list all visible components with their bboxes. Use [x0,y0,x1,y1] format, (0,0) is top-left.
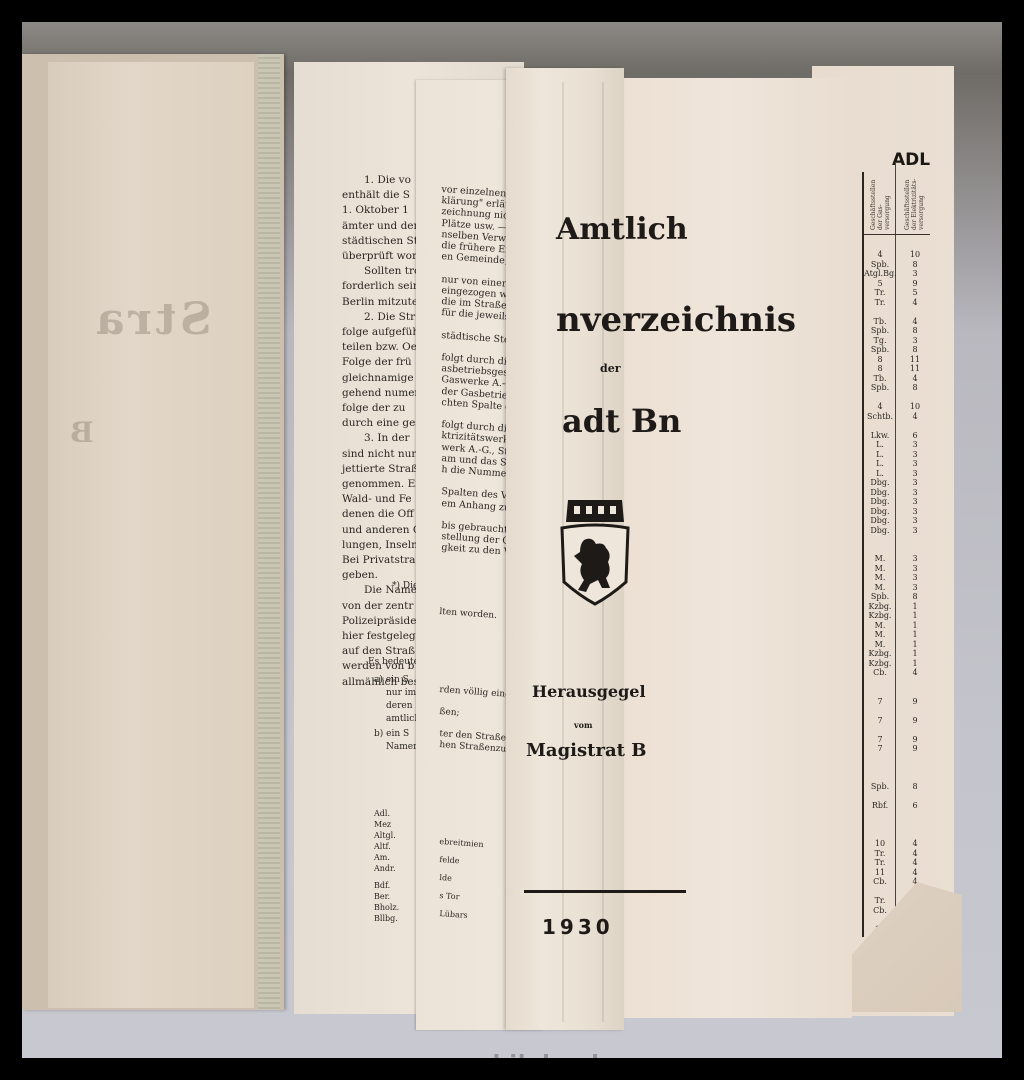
cell-electric: 4 [896,298,934,307]
table-row: Kzbg.1 [864,611,934,620]
cell-gas: M. [864,621,896,630]
cell-gas: Dbg. [864,516,896,525]
cell-gas: Cb. [864,877,896,886]
cell-gas: M. [864,564,896,573]
cell-electric: 3 [896,497,934,506]
table-row: L.3 [864,459,934,468]
watermark: www.philabooks.com [404,1052,684,1058]
cell-electric: 1 [896,602,934,611]
cell-electric: 1 [896,659,934,668]
cell-gas: 11 [864,868,896,877]
cell-gas: Spb. [864,326,896,335]
cell-electric: 11 [896,355,934,364]
cell-gas: M. [864,640,896,649]
cell-electric: 3 [896,336,934,345]
table-row: Spb.8 [864,592,934,601]
cell-gas: Kzbg. [864,611,896,620]
cell-electric: 10 [896,250,934,259]
cell-gas: 8 [864,364,896,373]
paragraph-line: enthält die S [342,187,410,204]
cell-gas: M. [864,583,896,592]
cell-electric: 1 [896,611,934,620]
cell-gas: 4 [864,402,896,411]
table-row: Spb.8 [864,260,934,269]
cell-electric: 8 [896,383,934,392]
cell-electric: 3 [896,469,934,478]
cover-endpaper [48,62,254,1008]
cell-electric: 3 [896,450,934,459]
cell-gas: Tr. [864,298,896,307]
paragraph-line: 2. Die Str [364,309,415,326]
cell-gas: L. [864,440,896,449]
title-verzeichnis: nverzeichnis [556,300,796,340]
cell-electric: 4 [896,849,934,858]
table-row: M.1 [864,630,934,639]
title-year: 1930 [542,915,614,939]
cell-gas: Spb. [864,592,896,601]
cell-gas: M. [864,573,896,582]
cell-electric: 8 [896,592,934,601]
cell-electric: 4 [896,317,934,326]
table-header: ADL [892,150,930,170]
paragraph-line: 3. In der [364,430,410,447]
cell-gas: Atgl.Bg. [864,269,896,278]
paragraph-line: 1. Die vo [364,172,411,189]
table-row: Dbg.3 [864,478,934,487]
paragraph-line: durch eine ges [342,415,421,432]
cell-gas: Dbg. [864,507,896,516]
cell-gas: L. [864,469,896,478]
cell-electric: 3 [896,573,934,582]
book-photo: Stra B 1. Die voenthält die S1. Oktober … [22,22,1002,1058]
table-row: Dbg.3 [864,507,934,516]
cell-gas: L. [864,459,896,468]
cell-electric: 1 [896,640,934,649]
insert-abbr: ebreitmien [439,834,484,854]
cell-gas: Tr. [864,858,896,867]
book-cover: Stra B [22,54,284,1010]
cell-gas: Spb. [864,345,896,354]
cell-electric: 9 [896,716,934,725]
table-row: Rbf.6 [864,801,934,810]
cell-electric: 3 [896,459,934,468]
cell-electric: 3 [896,583,934,592]
cell-electric: 9 [896,697,934,706]
cell-gas: Tr. [864,288,896,297]
cell-electric: 6 [896,431,934,440]
table-row: 410 [864,250,934,259]
table-row: Tb.4 [864,374,934,383]
cell-electric: 4 [896,868,934,877]
abbreviation: Bllbg. [374,911,398,928]
insert-line: ßen; [439,704,460,722]
cell-electric: 1 [896,630,934,639]
cell-electric: 3 [896,269,934,278]
table-row: Tr.4 [864,298,934,307]
paragraph-line: Folge der frü [342,354,412,371]
paragraph-line: Sollten tro [364,263,420,280]
cell-electric: 8 [896,782,934,791]
cover-spine [258,54,280,1010]
cell-electric: 4 [896,858,934,867]
table-row: L.3 [864,469,934,478]
paragraph-line: Wald- und Fe [342,491,412,508]
cell-gas: Rbf. [864,801,896,810]
cell-electric: 4 [896,412,934,421]
table-row: 410 [864,402,934,411]
table-row: Tr.4 [864,858,934,867]
cell-electric: 8 [896,345,934,354]
cell-gas: Spb. [864,782,896,791]
cell-gas: 7 [864,744,896,753]
cell-gas: Spb. [864,260,896,269]
cell-gas: 4 [864,250,896,259]
table-row: 79 [864,716,934,725]
cell-electric: 10 [896,402,934,411]
table-row: Kzbg.1 [864,659,934,668]
table-row: M.3 [864,583,934,592]
cell-gas: Tr. [864,849,896,858]
cell-gas: Dbg. [864,488,896,497]
table-row: 79 [864,697,934,706]
title-der: der [600,362,621,375]
legend-intro: Es bedeutet [368,654,423,671]
cell-electric: 8 [896,260,934,269]
table-row: Dbg.3 [864,516,934,525]
paragraph-line: genommen. Ei [342,476,419,493]
cell-gas: Tb. [864,317,896,326]
paragraph-line: von der zentr [342,598,413,615]
paragraph-line: teilen bzw. Oe [342,339,417,356]
table-row: 79 [864,735,934,744]
table-row: 79 [864,744,934,753]
table-row: L.3 [864,450,934,459]
cell-electric: 1 [896,621,934,630]
paragraph-line: Bei Privatstra [342,552,415,569]
table-row: Lkw.6 [864,431,934,440]
title-amtlich: Amtlich [556,212,688,247]
insert-abbr: s Tor [439,888,460,906]
insert-abbr: Lübars [439,906,468,924]
cell-electric: 1 [896,649,934,658]
table-row: Cb.4 [864,668,934,677]
paragraph-line: denen die Off [342,506,414,523]
title-herausgegeben: Herausgegel [532,682,646,701]
cell-electric: 9 [896,744,934,753]
column-header-electric: Geschäftsstellen der Elektrizitäts-verso… [904,172,925,230]
table-row: 811 [864,355,934,364]
column-header-gas: Geschäftsstellen der Gas-versorgung [870,172,891,230]
cell-gas: 7 [864,716,896,725]
insert-abbr: lde [439,870,453,887]
table-row: M.3 [864,573,934,582]
cell-gas: 5 [864,279,896,288]
table-row: Atgl.Bg.3 [864,269,934,278]
table-row: 59 [864,279,934,288]
cell-gas: Cb. [864,668,896,677]
title-magistrat: Magistrat B [526,740,646,761]
cell-electric: 9 [896,279,934,288]
paragraph-line: lungen, Inseln, [342,537,421,554]
cell-gas: Tb. [864,374,896,383]
paragraph-line: geben. [342,567,378,584]
paragraph-line: 1. Oktober 1 [342,202,409,219]
table-row: 811 [864,364,934,373]
cell-gas: Dbg. [864,526,896,535]
table-rule-header [864,234,930,235]
table-row: M.1 [864,621,934,630]
table-row: M.1 [864,640,934,649]
paragraph-line: und anderen G [342,522,421,539]
cell-gas: Dbg. [864,478,896,487]
cell-electric: 3 [896,526,934,535]
cell-electric: 9 [896,735,934,744]
cell-electric: 4 [896,839,934,848]
cell-electric: 3 [896,507,934,516]
legend-b-line: Namen [386,739,419,756]
table-row: Dbg.3 [864,526,934,535]
cell-gas: 8 [864,355,896,364]
title-rule [524,890,686,893]
table-row: M.3 [864,564,934,573]
paragraph-line: jettierte Straße [342,461,424,478]
cell-gas: Kzbg. [864,602,896,611]
title-vom: vom [574,720,592,730]
paragraph-line: ämter und der [342,218,419,235]
cell-gas: Spb. [864,383,896,392]
cell-gas: Lkw. [864,431,896,440]
table-row: Dbg.3 [864,497,934,506]
cell-electric: 3 [896,554,934,563]
table-row: Spb.8 [864,345,934,354]
table-row: Spb.8 [864,383,934,392]
paragraph-line: folge der zu [342,400,405,417]
cell-electric: 3 [896,488,934,497]
cell-electric: 3 [896,440,934,449]
cell-gas: 7 [864,735,896,744]
cell-gas: L. [864,450,896,459]
cell-gas: M. [864,630,896,639]
cell-electric: 3 [896,516,934,525]
cell-electric: 5 [896,288,934,297]
cell-electric: 3 [896,564,934,573]
table-row: Tr.5 [864,288,934,297]
cover-ghost-letter: B [70,416,94,449]
table-row: L.3 [864,440,934,449]
insert-abbr: felde [439,852,460,870]
table-row: 104 [864,839,934,848]
table-row: Kzbg.1 [864,649,934,658]
table-row: Tr.4 [864,849,934,858]
cell-electric: 4 [896,374,934,383]
table-row: Tb.4 [864,317,934,326]
cell-gas: Tr. [864,896,896,905]
table-row: Dbg.3 [864,488,934,497]
cell-gas: Schtb. [864,412,896,421]
paragraph-line: folge aufgeführ [342,324,424,341]
cell-gas: Kzbg. [864,649,896,658]
cover-ghost-title: Stra [92,294,212,345]
table-row: Spb.8 [864,326,934,335]
table-row: Schtb.4 [864,412,934,421]
cell-gas: 7 [864,697,896,706]
cell-electric: 8 [896,326,934,335]
cell-gas: Dbg. [864,497,896,506]
berlin-bear-crest-icon [558,492,632,612]
abbreviation: Andr. [374,861,396,878]
cell-gas: Kzbg. [864,659,896,668]
cell-electric: 11 [896,364,934,373]
cell-electric: 6 [896,801,934,810]
table-row: M.3 [864,554,934,563]
table-row: Kzbg.1 [864,602,934,611]
table-row: Spb.8 [864,782,934,791]
cell-gas: Tg. [864,336,896,345]
title-stadt-berlin: adt Bn [562,402,681,440]
table-row: Tg.3 [864,336,934,345]
cell-gas: M. [864,554,896,563]
cell-electric: 3 [896,478,934,487]
paragraph-line: forderlich sein, [342,278,423,295]
table-row: 114 [864,868,934,877]
cell-electric: 4 [896,668,934,677]
paragraph-line: sind nicht nur [342,446,416,463]
cell-gas: 10 [864,839,896,848]
paragraph-line: Berlin mitzuteil [342,294,425,311]
